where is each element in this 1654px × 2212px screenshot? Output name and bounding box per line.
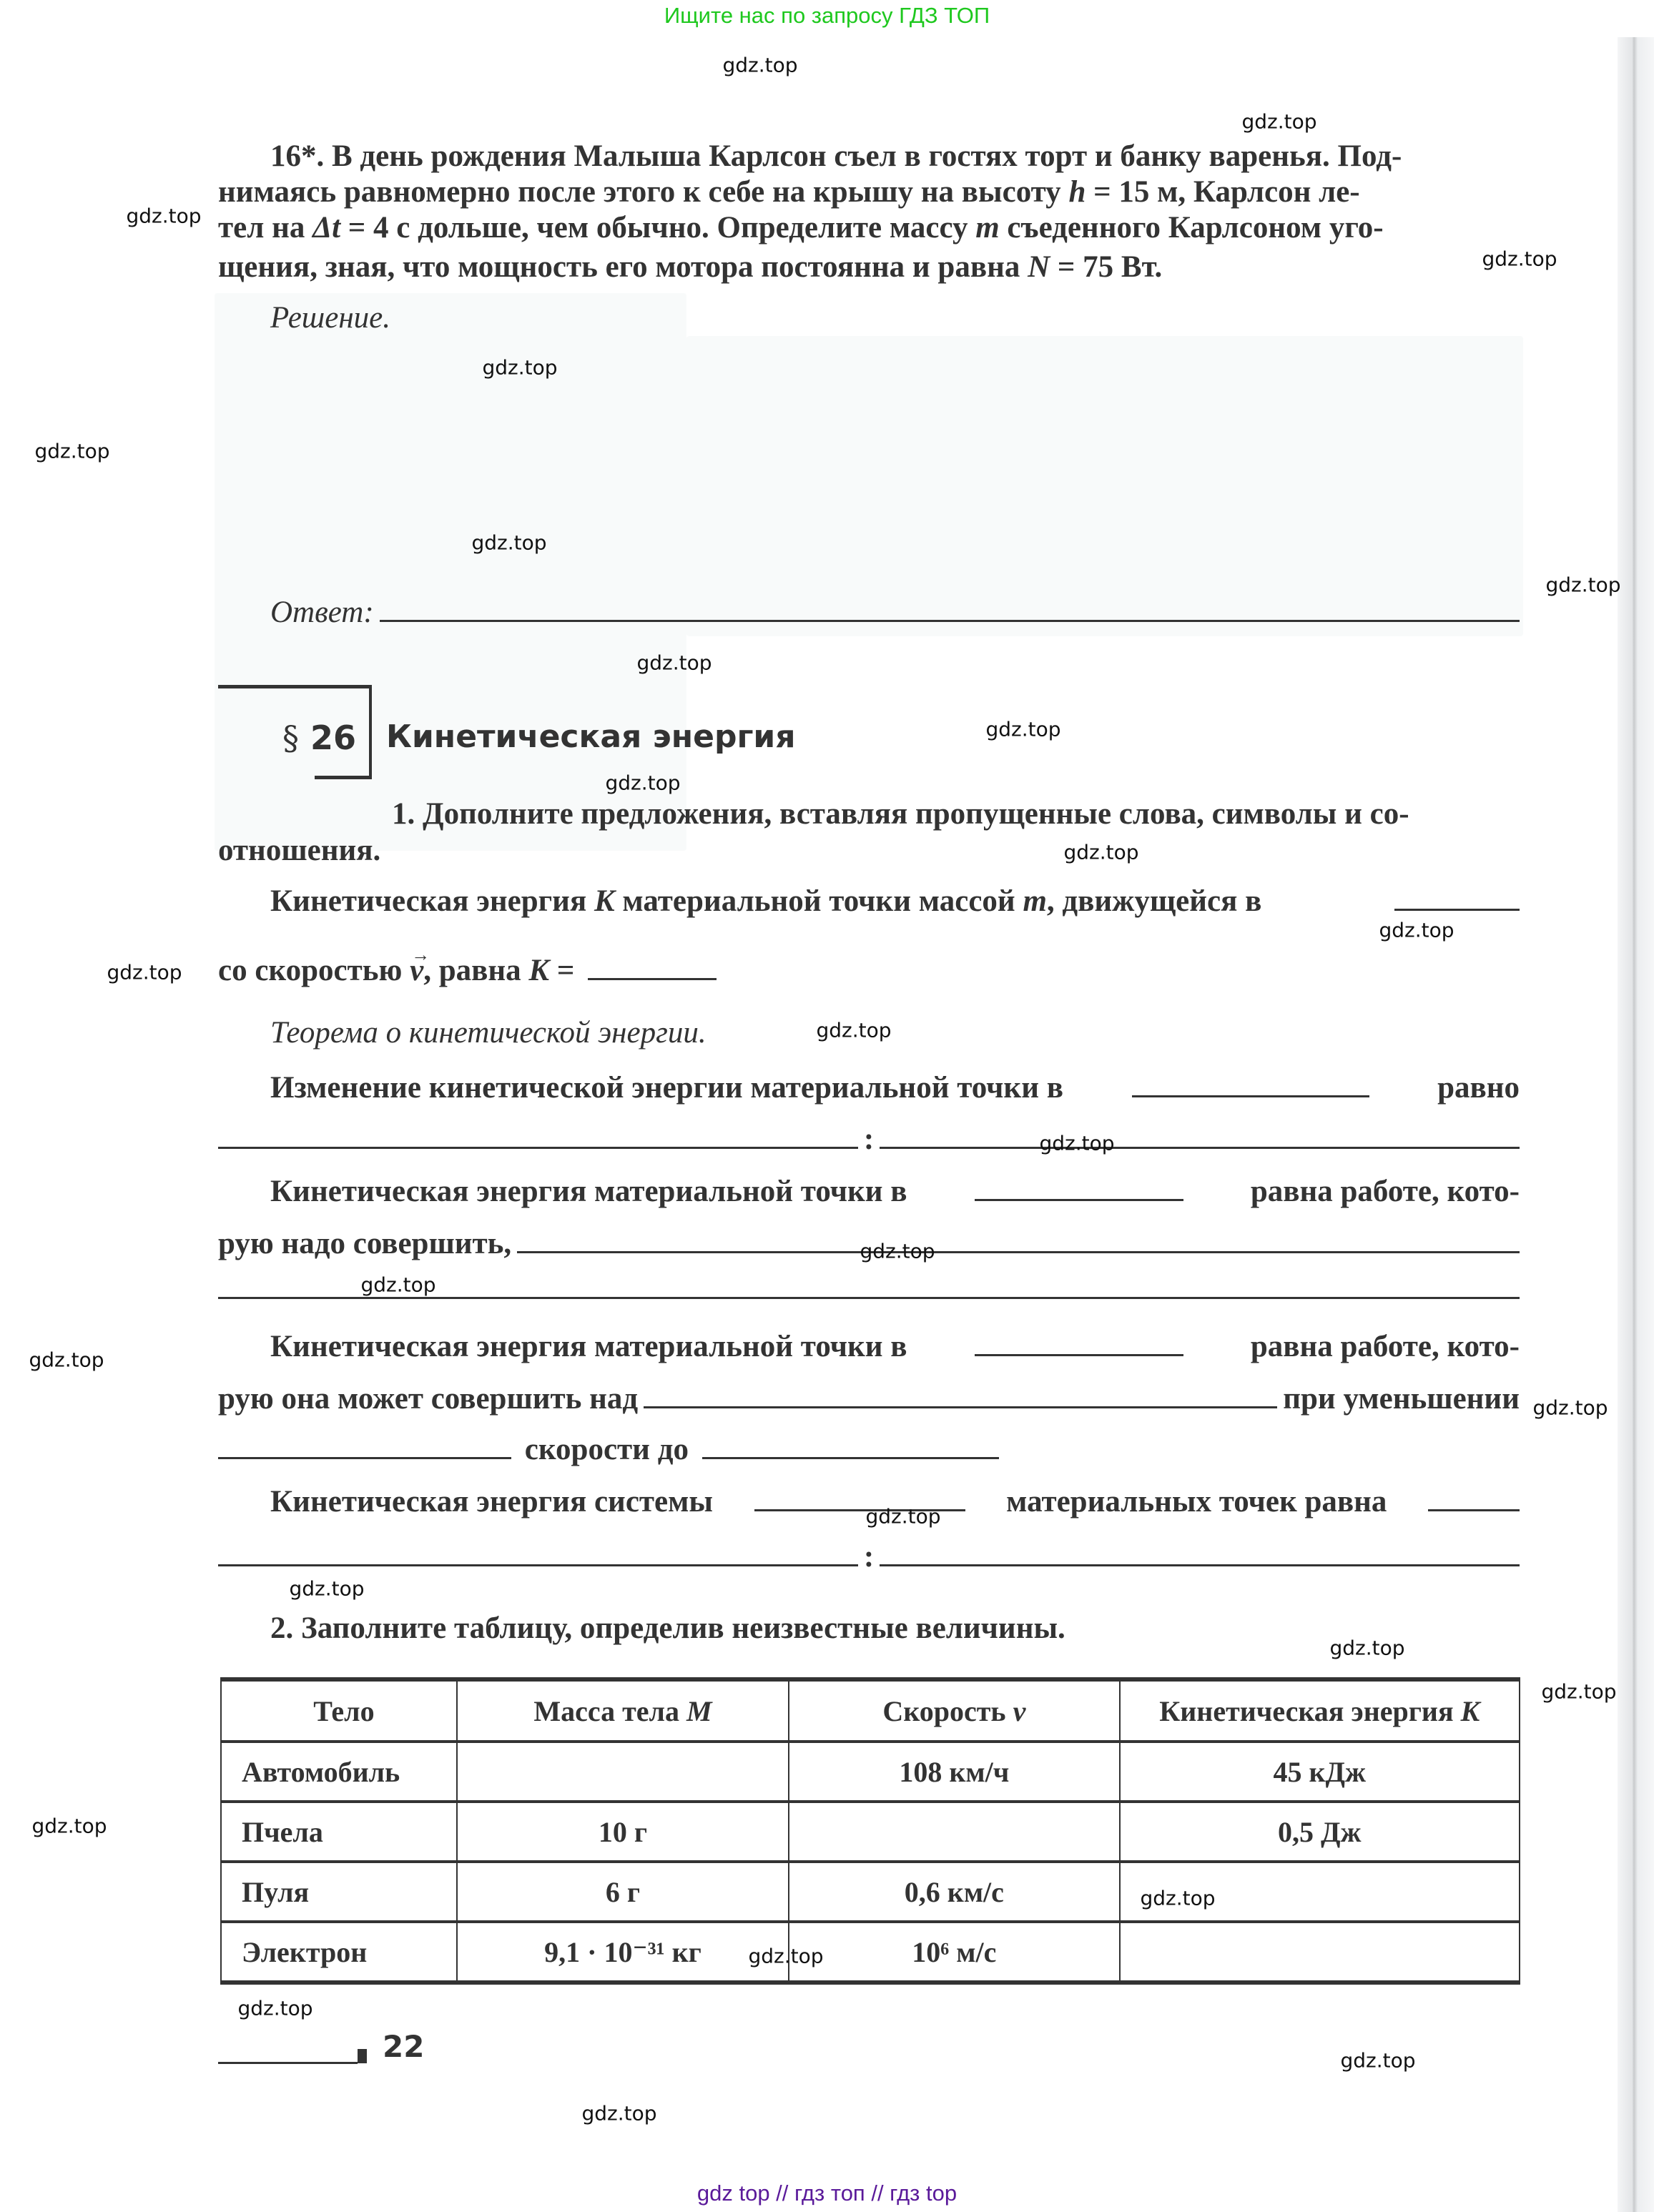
task2-number: 2. bbox=[270, 1611, 293, 1645]
page-number: 22 bbox=[383, 2029, 424, 2064]
task1-sentence2: Изменение кинетической энергии материаль… bbox=[218, 1070, 1520, 1106]
answer-label: Ответ: bbox=[270, 595, 374, 631]
table-header-row: Тело Масса тела M Скорость v Кинетическа… bbox=[221, 1679, 1520, 1742]
watermark: gdz.top bbox=[126, 204, 201, 228]
watermark: gdz.top bbox=[471, 531, 546, 555]
vector-v: v bbox=[410, 953, 423, 989]
watermark: gdz.top bbox=[1545, 573, 1620, 597]
answer-row: Ответ: bbox=[218, 595, 1520, 631]
table-row: Электрон 9,1 · 10⁻³¹ кг 10⁶ м/с bbox=[221, 1922, 1520, 1983]
watermark: gdz.top bbox=[289, 1577, 364, 1601]
watermark: gdz.top bbox=[636, 651, 712, 675]
section-title: Кинетическая энергия bbox=[386, 719, 796, 755]
section-bracket-top bbox=[218, 685, 371, 688]
problem-number: 16*. bbox=[270, 139, 324, 173]
watermark: gdz.top bbox=[1039, 1132, 1114, 1155]
bleed-through-text bbox=[686, 336, 1523, 636]
task1-sentence1: Кинетическая энергия K материальной точк… bbox=[218, 884, 1520, 919]
table-row: Пуля 6 г 0,6 км/с bbox=[221, 1862, 1520, 1922]
watermark: gdz.top bbox=[107, 961, 182, 984]
symbol: K bbox=[1461, 1695, 1480, 1727]
header-body: Тело bbox=[221, 1679, 457, 1742]
page-number-marker bbox=[358, 2049, 367, 2063]
cell-input[interactable] bbox=[457, 1742, 789, 1802]
watermark: gdz.top bbox=[748, 1945, 823, 1968]
blank-s5-2[interactable] bbox=[880, 1564, 1520, 1566]
page-number-rule bbox=[218, 2062, 358, 2064]
answer-input[interactable] bbox=[380, 619, 1520, 622]
blank-s4-to[interactable] bbox=[702, 1456, 999, 1459]
header-energy: Кинетическая энергия K bbox=[1120, 1679, 1520, 1742]
task1-prompt-cont: отношения. bbox=[218, 833, 1520, 869]
task1-sentence5-line: : bbox=[218, 1539, 1520, 1575]
blank-s5-equals[interactable] bbox=[1428, 1509, 1520, 1511]
task1-number: 1. bbox=[392, 797, 415, 831]
blank-motion-frame[interactable] bbox=[1394, 908, 1520, 911]
watermark: gdz.top bbox=[1532, 1396, 1608, 1420]
section-bracket-vertical bbox=[369, 685, 372, 778]
symbol: M bbox=[686, 1695, 712, 1727]
symbol: v bbox=[1013, 1695, 1026, 1727]
bleed-through-figure bbox=[215, 293, 686, 851]
task1-sentence2-line: : bbox=[218, 1122, 1520, 1157]
watermark: gdz.top bbox=[985, 718, 1060, 741]
watermark: gdz.top bbox=[865, 1505, 940, 1529]
header-speed: Скорость v bbox=[789, 1679, 1119, 1742]
watermark: gdz.top bbox=[31, 1814, 107, 1838]
blank-theorem-frame[interactable] bbox=[1132, 1095, 1369, 1097]
blank-K-formula[interactable] bbox=[588, 977, 717, 980]
task1-sentence1b: со скоростью v, равна K = bbox=[218, 953, 1520, 989]
blank-s4-over[interactable] bbox=[644, 1406, 1277, 1408]
watermark: gdz.top bbox=[1379, 919, 1454, 942]
watermark: gdz.top bbox=[34, 440, 109, 463]
footer-banner[interactable]: gdz top // гдз топ // гдз top bbox=[0, 2181, 1654, 2206]
kinetic-energy-table: Тело Масса тела M Скорость v Кинетическа… bbox=[220, 1677, 1520, 1985]
table-row: Пчела 10 г 0,5 Дж bbox=[221, 1802, 1520, 1862]
watermark: gdz.top bbox=[1482, 247, 1557, 271]
watermark: gdz.top bbox=[482, 356, 557, 380]
problem16-line4: щения, зная, что мощность его мотора пос… bbox=[218, 250, 1520, 285]
problem16-line3: тел на Δt = 4 с дольше, чем обычно. Опре… bbox=[218, 210, 1520, 246]
top-banner[interactable]: Ищите нас по запросу ГДЗ ТОП bbox=[0, 3, 1654, 29]
cell-input[interactable] bbox=[789, 1802, 1119, 1862]
problem16-line2: нимаясь равномерно после этого к себе на… bbox=[218, 174, 1520, 210]
watermark: gdz.top bbox=[29, 1348, 104, 1372]
problem16-line1: 16*. В день рождения Малыша Карлсон съел… bbox=[218, 139, 1520, 174]
task1-sentence4: Кинетическая энергия материальной точки … bbox=[218, 1329, 1520, 1365]
blank-s3-frame[interactable] bbox=[975, 1198, 1183, 1201]
watermark: gdz.top bbox=[1541, 1680, 1616, 1704]
task1-prompt: 1. Дополните предложения, вставляя пропу… bbox=[218, 796, 1520, 832]
watermark: gdz.top bbox=[1140, 1887, 1215, 1910]
task1-sentence4c: скорости до bbox=[218, 1432, 1520, 1468]
watermark: gdz.top bbox=[722, 54, 797, 77]
watermark: gdz.top bbox=[581, 2102, 656, 2125]
section-number: § 26 bbox=[282, 719, 356, 757]
header-mass: Масса тела M bbox=[457, 1679, 789, 1742]
watermark: gdz.top bbox=[605, 771, 680, 795]
blank-s3-work[interactable] bbox=[517, 1250, 1520, 1253]
cell-input[interactable] bbox=[1120, 1922, 1520, 1983]
watermark: gdz.top bbox=[360, 1273, 435, 1297]
solution-label: Решение. bbox=[218, 300, 1520, 336]
watermark: gdz.top bbox=[1241, 110, 1316, 134]
task1-sentence3: Кинетическая энергия материальной точки … bbox=[218, 1174, 1520, 1210]
task2-prompt: 2. Заполните таблицу, определив неизвест… bbox=[218, 1611, 1520, 1646]
blank-s5-1[interactable] bbox=[218, 1564, 858, 1566]
watermark: gdz.top bbox=[1329, 1636, 1404, 1660]
watermark: gdz.top bbox=[1063, 841, 1138, 864]
section-bracket-bottom bbox=[315, 776, 372, 779]
watermark: gdz.top bbox=[237, 1997, 312, 2020]
watermark: gdz.top bbox=[816, 1019, 891, 1042]
blank-s4-frame[interactable] bbox=[975, 1353, 1183, 1356]
watermark: gdz.top bbox=[1340, 2049, 1415, 2073]
blank-theorem-1[interactable] bbox=[218, 1146, 858, 1149]
watermark: gdz.top bbox=[860, 1240, 935, 1263]
task1-sentence4b: рую она может совершить над при уменьшен… bbox=[218, 1381, 1520, 1417]
table-row: Автомобиль 108 км/ч 45 кДж bbox=[221, 1742, 1520, 1802]
blank-theorem-2[interactable] bbox=[880, 1146, 1520, 1149]
page-gutter-shadow bbox=[1618, 37, 1654, 2212]
blank-s4-speed[interactable] bbox=[218, 1456, 511, 1459]
blank-s3-work-line2[interactable] bbox=[218, 1297, 1520, 1299]
